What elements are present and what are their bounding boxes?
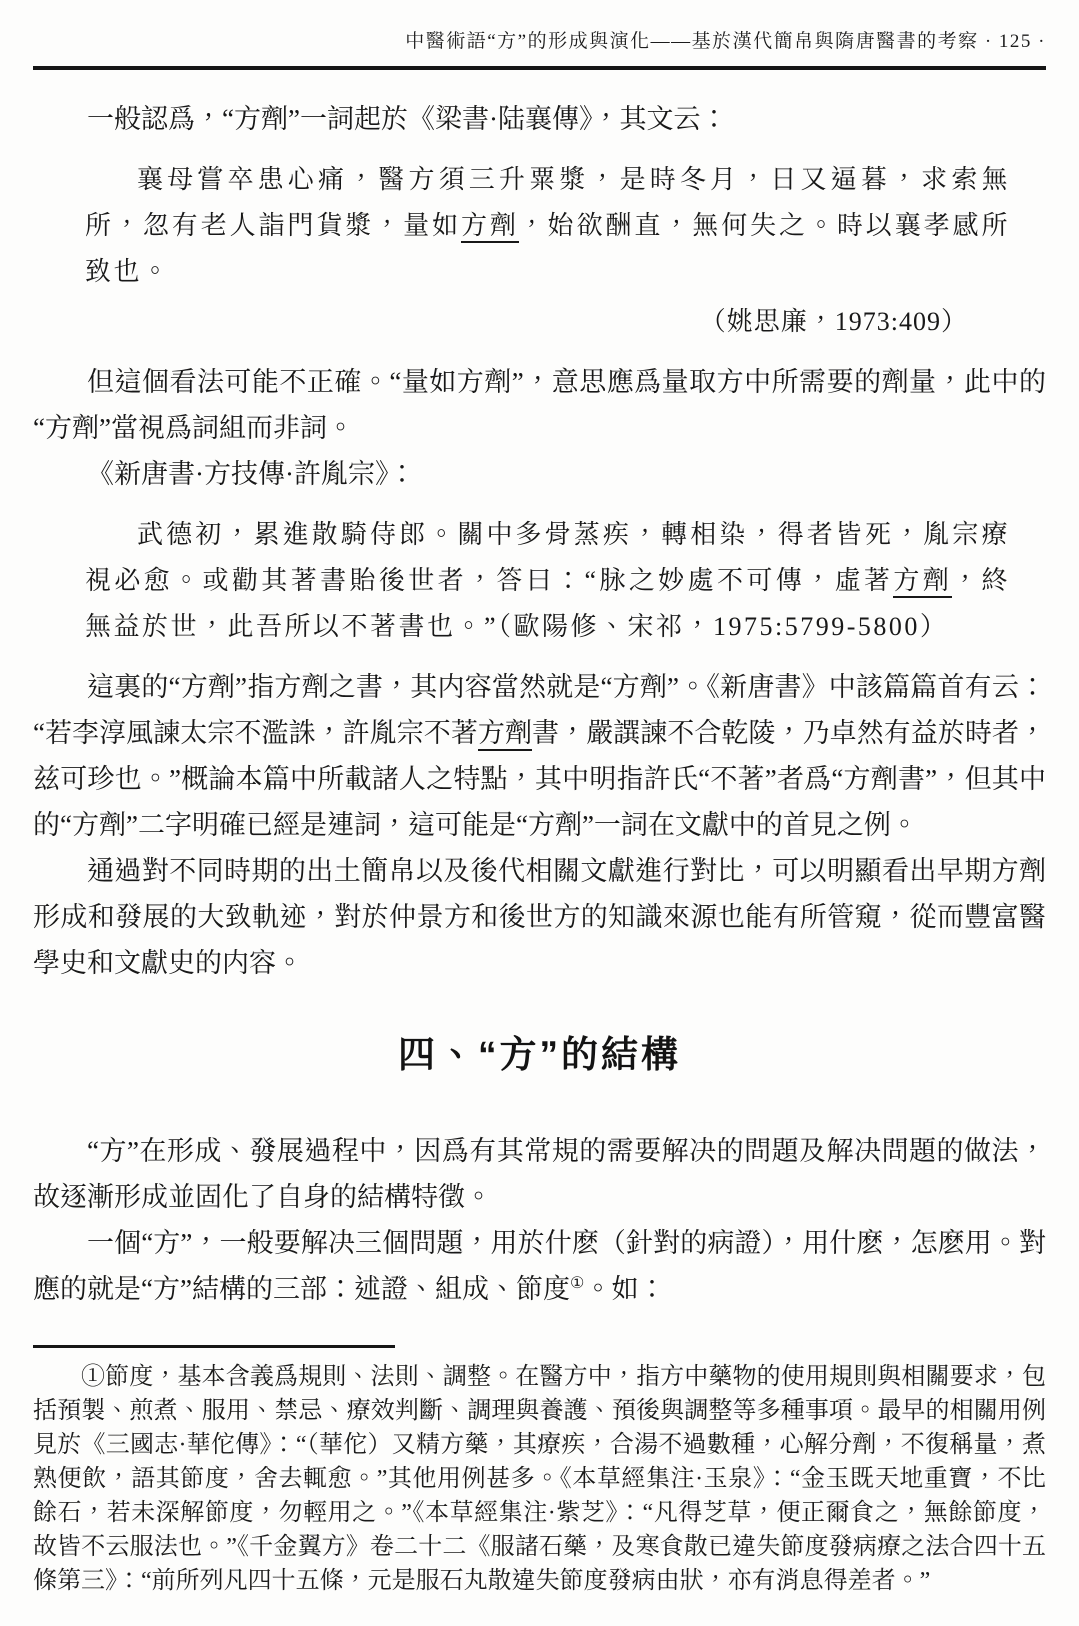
paragraph-text: 通過對不同時期的出土簡帛以及後代相關文獻進行對比，可以明顯看出早期方劑形成和發展… [33,856,1046,978]
running-head: 中醫術語“方”的形成與演化——基於漢代簡帛與隋唐醫書的考察 · 125 · [33,26,1046,53]
footnote-separator-rule [33,1345,395,1348]
paragraph-source-title: 《新唐書·方技傳·許胤宗》： [33,451,1046,497]
block-quote-liangshu: 襄母嘗卒患心痛，醫方須三升粟漿，是時冬月，日又逼暮，求索無所，忽有老人詣門貨漿，… [85,157,1010,295]
running-head-page-number: · 125 · [985,31,1046,52]
paragraph-counterargument: 但這個看法可能不正確。“量如方劑”，意思應爲量取方中所需要的劑量，此中的“方劑”… [33,359,1046,451]
section-heading-text: 四、“方”的結構 [398,1034,681,1075]
section-heading-four: 四、“方”的結構 [33,1032,1046,1078]
paragraph-text: 但這個看法可能不正確。“量如方劑”，意思應爲量取方中所需要的劑量，此中的“方劑”… [33,367,1046,443]
paragraph-text: “方”在形成、發展過程中，因爲有其常規的需要解决的問題及解决問題的做法，故逐漸形… [33,1136,1046,1212]
block-quote-xintangshu: 武德初，累進散騎侍郎。關中多骨蒸疾，轉相染，得者皆死，胤宗療視必愈。或勸其著書貽… [85,512,1010,650]
paragraph-intro-text: 一般認爲，“方劑”一詞起於《梁書·陆襄傳》，其文云： [87,104,727,134]
paragraph-comparison: 通過對不同時期的出土簡帛以及後代相關文獻進行對比，可以明顯看出早期方劑形成和發展… [33,848,1046,986]
paragraph-intro: 一般認爲，“方劑”一詞起於《梁書·陆襄傳》，其文云： [33,96,1046,142]
paragraph-structure-1: “方”在形成、發展過程中，因爲有其常規的需要解决的問題及解决問題的做法，故逐漸形… [33,1128,1046,1220]
quote-citation-yaosilian: （姚思廉，1973:409） [85,299,1010,345]
paragraph-text: 。如： [584,1274,665,1304]
underlined-term-fangji: 方劑 [478,718,532,751]
paragraph-text: 《新唐書·方技傳·許胤宗》： [87,459,415,489]
footnote-text: ①節度，基本含義爲規則、法則、調整。在醫方中，指方中藥物的使用規則與相關要求，包… [33,1364,1046,1594]
citation-text: （姚思廉，1973:409） [700,307,968,336]
paragraph-structure-2: 一個“方”，一般要解决三個問題，用於什麽（針對的病證），用什麽，怎麽用。對應的就… [33,1220,1046,1312]
footnote-jiedu: ①節度，基本含義爲規則、法則、調整。在醫方中，指方中藥物的使用規則與相關要求，包… [33,1360,1046,1598]
underlined-term-fangji: 方劑 [893,566,952,598]
article-body: 一般認爲，“方劑”一詞起於《梁書·陆襄傳》，其文云： 襄母嘗卒患心痛，醫方須三升… [33,70,1046,1312]
running-head-title: 中醫術語“方”的形成與演化——基於漢代簡帛與隋唐醫書的考察 [405,31,978,52]
paragraph-analysis: 這裏的“方劑”指方劑之書，其内容當然就是“方劑”。《新唐書》中該篇篇首有云：“若… [33,664,1046,848]
quote-text: 武德初，累進散騎侍郎。關中多骨蒸疾，轉相染，得者皆死，胤宗療視必愈。或勸其著書貽… [85,520,1010,595]
paragraph-text: 一個“方”，一般要解决三個問題，用於什麽（針對的病證），用什麽，怎麽用。對應的就… [33,1228,1046,1304]
footnote-section: ①節度，基本含義爲規則、法則、調整。在醫方中，指方中藥物的使用規則與相關要求，包… [33,1345,1046,1598]
underlined-term-fangji: 方劑 [461,211,519,243]
footnote-reference-mark: ① [570,1274,585,1292]
document-page: 中醫術語“方”的形成與演化——基於漢代簡帛與隋唐醫書的考察 · 125 · 一般… [0,0,1079,1626]
